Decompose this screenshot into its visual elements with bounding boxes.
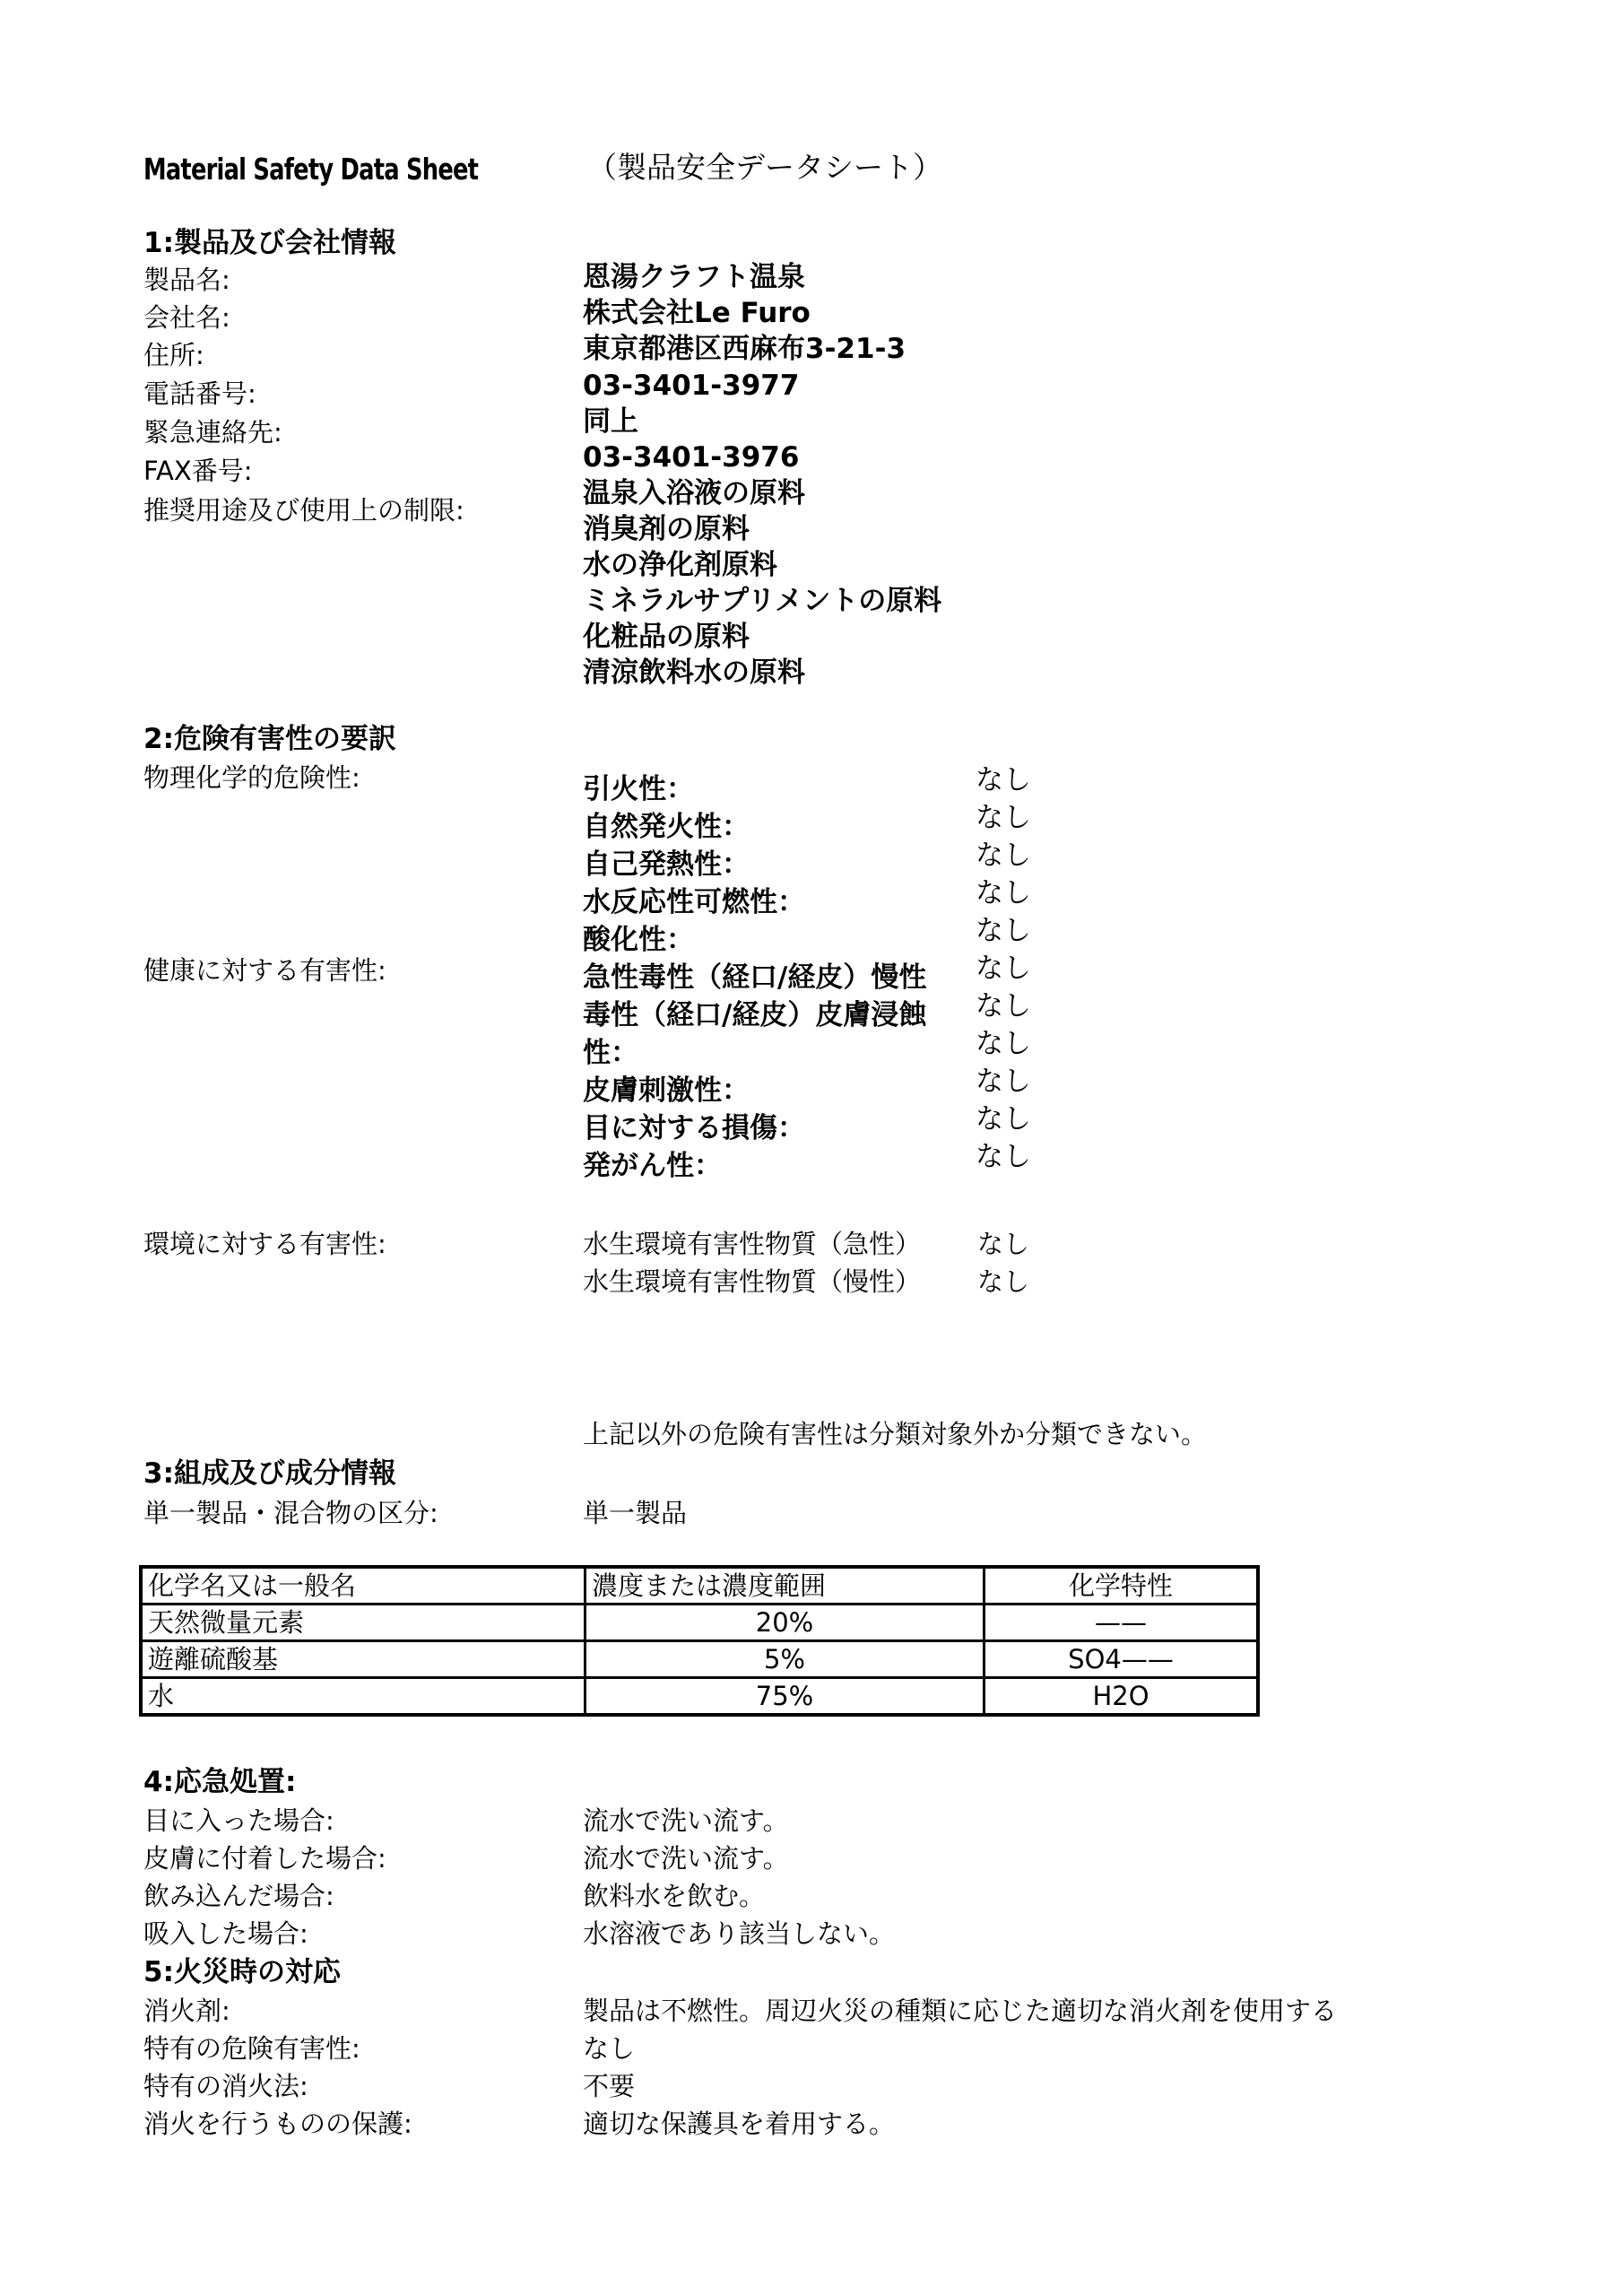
hazard-item: 水反応性可燃性：	[583, 889, 805, 917]
cell-concentration: 75%	[585, 1678, 984, 1716]
section-2-heading: 2:危険有害性の要訳	[143, 726, 396, 753]
header-chemical-name: 化学名又は一般名	[141, 1567, 585, 1605]
value-specific-extinguishing: 不要	[583, 2074, 635, 2100]
label-firefighter-protection: 消火を行うものの保護:	[143, 2111, 412, 2137]
label-fax: FAX番号:	[143, 458, 253, 484]
label-physchem-hazards: 物理化学的危険性:	[143, 765, 360, 791]
use-item: 化粧品の原料	[583, 623, 750, 651]
env-hazard-chronic-value: なし	[977, 1269, 1029, 1295]
use-item: 消臭剤の原料	[583, 516, 750, 544]
use-item: 清涼飲料水の原料	[583, 659, 805, 687]
value-inhalation: 水溶液であり該当しない。	[583, 1921, 895, 1947]
hazard-value: なし	[976, 1144, 1031, 1171]
label-specific-hazards: 特有の危険有害性:	[143, 2036, 360, 2062]
table-row: 遊離硫酸基 5% SO4——	[141, 1641, 1258, 1678]
label-health-hazards: 健康に対する有害性:	[143, 958, 386, 984]
hazard-value: なし	[976, 1106, 1031, 1134]
label-phone: 電話番号:	[143, 381, 256, 407]
value-eye-contact: 流水で洗い流す。	[583, 1808, 789, 1834]
cell-concentration: 20%	[585, 1605, 984, 1641]
value-product-name: 恩湯クラフト温泉	[583, 264, 805, 291]
label-specific-extinguishing: 特有の消火法:	[143, 2074, 308, 2100]
cell-chemical-property: H2O	[984, 1678, 1259, 1716]
hazard-item: 引火性：	[583, 776, 694, 804]
hazard-value: なし	[976, 842, 1031, 870]
table-row: 天然微量元素 20% ——	[141, 1605, 1258, 1641]
table-header-row: 化学名又は一般名 濃度または濃度範囲 化学特性	[141, 1567, 1258, 1605]
cell-chemical-name: 天然微量元素	[141, 1605, 585, 1641]
hazard-item: 急性毒性（経口/経皮）慢性	[583, 964, 926, 992]
table-row: 水 75% H2O	[141, 1678, 1258, 1716]
hazard-item: 皮膚刺激性：	[583, 1077, 750, 1105]
value-specific-hazards: なし	[583, 2036, 635, 2062]
label-environmental-hazards: 環境に対する有害性:	[143, 1231, 386, 1257]
use-item: ミネラルサプリメントの原料	[583, 587, 941, 615]
label-product-name: 製品名:	[143, 267, 230, 293]
label-emergency-contact: 緊急連絡先:	[143, 420, 282, 446]
hazard-item: 目に対する損傷：	[583, 1115, 805, 1143]
label-extinguishing-media: 消火剤:	[143, 1998, 230, 2024]
label-product-type: 単一製品・混合物の区分:	[143, 1500, 438, 1526]
cell-concentration: 5%	[585, 1641, 984, 1678]
label-company-name: 会社名:	[143, 305, 230, 331]
cell-chemical-property: SO4——	[984, 1641, 1259, 1678]
hazard-value: なし	[976, 880, 1031, 908]
hazard-value: なし	[976, 804, 1031, 832]
value-firefighter-protection: 適切な保護具を着用する。	[583, 2111, 895, 2137]
hazard-value: なし	[976, 767, 1031, 795]
cell-chemical-property: ——	[984, 1605, 1259, 1641]
hazard-item: 自己発熱性：	[583, 851, 750, 879]
header-concentration: 濃度または濃度範囲	[585, 1567, 984, 1605]
value-fax: 03-3401-3976	[583, 444, 799, 472]
env-hazard-acute-value: なし	[977, 1231, 1029, 1257]
cell-chemical-name: 遊離硫酸基	[141, 1641, 585, 1678]
value-emergency-contact: 同上	[583, 408, 638, 436]
composition-table: 化学名又は一般名 濃度または濃度範囲 化学特性 天然微量元素 20% —— 遊離…	[139, 1565, 1260, 1717]
section-4-heading: 4:応急処置:	[143, 1769, 296, 1796]
value-company-name: 株式会社Le Furo	[583, 300, 811, 327]
section-3-heading: 3:組成及び成分情報	[143, 1460, 396, 1488]
label-inhalation: 吸入した場合:	[143, 1921, 308, 1947]
hazard-item: 発がん性：	[583, 1152, 722, 1180]
hazard-value: なし	[976, 955, 1031, 983]
label-eye-contact: 目に入った場合:	[143, 1808, 334, 1834]
header-chemical-property: 化学特性	[984, 1567, 1259, 1605]
value-address: 東京都港区西麻布3-21-3	[583, 335, 906, 363]
hazard-classification-note: 上記以外の危険有害性は分類対象外か分類できない。	[583, 1422, 1207, 1448]
label-address: 住所:	[143, 343, 204, 369]
use-item: 水の浄化剤原料	[583, 552, 777, 579]
hazard-item: 毒性（経口/経皮）皮膚浸蝕	[583, 1002, 926, 1030]
cell-chemical-name: 水	[141, 1678, 585, 1716]
hazard-item: 性：	[583, 1039, 638, 1067]
hazard-value: なし	[976, 1031, 1031, 1058]
env-hazard-acute: 水生環境有害性物質（急性）	[583, 1231, 921, 1257]
label-recommended-uses: 推奨用途及び使用上の制限:	[143, 498, 464, 524]
use-item: 温泉入浴液の原料	[583, 480, 805, 508]
value-phone: 03-3401-3977	[583, 372, 799, 400]
label-skin-contact: 皮膚に付着した場合:	[143, 1846, 386, 1872]
hazard-item: 酸化性：	[583, 926, 694, 954]
env-hazard-chronic: 水生環境有害性物質（慢性）	[583, 1269, 921, 1295]
hazard-value: なし	[976, 918, 1031, 945]
value-skin-contact: 流水で洗い流す。	[583, 1846, 789, 1872]
value-extinguishing-media: 製品は不燃性。周辺火災の種類に応じた適切な消火剤を使用する	[583, 1998, 1337, 2024]
value-product-type: 単一製品	[583, 1500, 687, 1526]
section-5-heading: 5:火災時の対応	[143, 1959, 341, 1987]
document-subtitle: （製品安全データシート）	[587, 152, 942, 182]
document-title: Material Safety Data Sheet	[143, 154, 478, 184]
hazard-value: なし	[976, 1068, 1031, 1096]
hazard-value: なし	[976, 993, 1031, 1021]
hazard-item: 自然発火性：	[583, 813, 750, 841]
value-ingestion: 飲料水を飲む。	[583, 1883, 765, 1909]
section-1-heading: 1:製品及び会社情報	[143, 230, 396, 257]
label-ingestion: 飲み込んだ場合:	[143, 1883, 334, 1909]
